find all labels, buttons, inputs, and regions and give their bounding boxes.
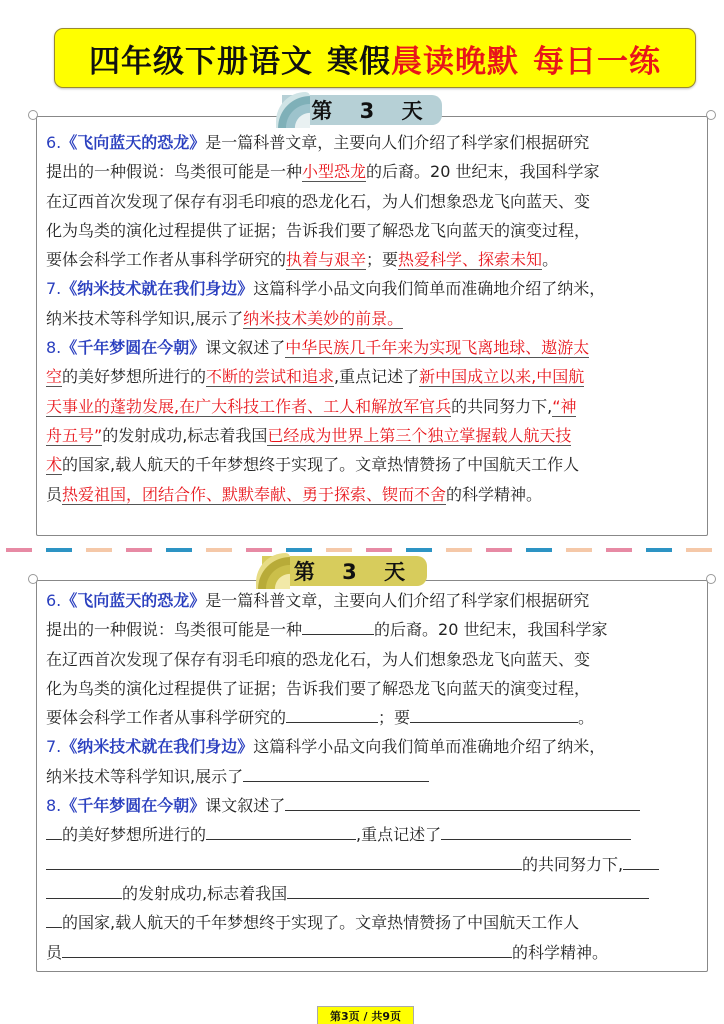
title-reading: 晨读晚默 xyxy=(391,36,519,81)
answer-blank[interactable] xyxy=(243,763,429,782)
q7-line-1: 7.《纳米技术就在我们身边》这篇科学小品文向我们简单而准确地介绍了纳米， xyxy=(46,732,686,761)
answer-blank[interactable] xyxy=(46,909,62,928)
text: 的发射成功,标志着我国 xyxy=(122,884,287,903)
answer-blank[interactable] xyxy=(285,792,640,811)
q6-line-3: 在辽西首次发现了保存有羽毛印痕的恐龙化石，为人们想象恐龙飞向蓝天、变 xyxy=(46,187,686,216)
q6-line-5: 要体会科学工作者从事科学研究的执着与艰辛；要热爱科学、探索未知。 xyxy=(46,245,686,274)
question-number: 6. xyxy=(46,133,61,152)
answer-blank[interactable] xyxy=(62,939,512,958)
book-title: 《纳米技术就在我们身边》 xyxy=(61,279,253,298)
text: 的科学精神。 xyxy=(512,943,608,962)
answer: 不断的尝试和追求 xyxy=(206,367,334,387)
q8-line-6: 员的科学精神。 xyxy=(46,938,686,967)
fan-decoration-icon xyxy=(256,553,290,589)
text: 的国家,载人航天的千年梦想终于实现了。文章热情赞扬了中国航天工作人 xyxy=(62,455,579,474)
answer: 已经成为世界上第三个独立掌握载人航天技 xyxy=(267,426,571,446)
text: 。 xyxy=(542,250,558,269)
text: 要体会科学工作者从事科学研究的 xyxy=(46,250,286,269)
title-grade: 四年级下册语文 xyxy=(89,36,313,81)
book-title: 《飞向蓝天的恐龙》 xyxy=(61,133,205,152)
day-tab-practice: 第 3 天 xyxy=(262,556,427,586)
text: 。 xyxy=(578,708,594,727)
text: 的科学精神。 xyxy=(446,485,542,504)
q6-line-1: 6.《飞向蓝天的恐龙》是一篇科普文章，主要向人们介绍了科学家们根据研究 xyxy=(46,586,686,615)
text: 的共同努力下, xyxy=(522,855,623,874)
q7-line-2: 纳米技术等科学知识,展示了 xyxy=(46,762,686,791)
text: 的国家,载人航天的千年梦想终于实现了。文章热情赞扬了中国航天工作人 xyxy=(62,913,579,932)
q8-line-4: 舟五号”的发射成功,标志着我国已经成为世界上第三个独立掌握载人航天技 xyxy=(46,421,686,450)
book-title: 《纳米技术就在我们身边》 xyxy=(61,737,253,756)
text: ；要 xyxy=(366,250,398,269)
q8-line-3: 天事业的蓬勃发展,在广大科技工作者、工人和解放军官兵的共同努力下,“神 xyxy=(46,392,686,421)
answer: 空 xyxy=(46,367,62,387)
day-label: 第 3 天 xyxy=(311,95,432,125)
answer-blank[interactable] xyxy=(623,851,659,870)
answer-blank[interactable] xyxy=(46,821,62,840)
q8-line-5: 的国家,载人航天的千年梦想终于实现了。文章热情赞扬了中国航天工作人 xyxy=(46,908,686,937)
q6-line-3: 在辽西首次发现了保存有羽毛印痕的恐龙化石，为人们想象恐龙飞向蓝天、变 xyxy=(46,645,686,674)
q8-line-2: 的美好梦想所进行的,重点记述了 xyxy=(46,820,686,849)
text: 是一篇科普文章，主要向人们介绍了科学家们根据研究 xyxy=(205,591,589,610)
answer-blank[interactable] xyxy=(46,851,522,870)
text: 的后裔。20 世纪末，我国科学家 xyxy=(366,162,599,181)
question-number: 7. xyxy=(46,279,61,298)
q7-line-2: 纳米技术等科学知识,展示了纳米技术美妙的前景。 xyxy=(46,304,686,333)
q6-line-2: 提出的一种假说：鸟类很可能是一种小型恐龙的后裔。20 世纪末，我国科学家 xyxy=(46,157,686,186)
answer: 新中国成立以来,中国航 xyxy=(419,367,584,387)
page-indicator: 第3页 / 共9页 xyxy=(317,1006,414,1024)
book-title: 《千年梦圆在今朝》 xyxy=(61,796,205,815)
text: ,重点记述了 xyxy=(334,367,419,386)
text: 这篇科学小品文向我们简单而准确地介绍了纳米， xyxy=(253,737,605,756)
text: 纳米技术等科学知识,展示了 xyxy=(46,767,243,786)
q8-line-4: 的发射成功,标志着我国 xyxy=(46,879,686,908)
book-title: 《飞向蓝天的恐龙》 xyxy=(61,591,205,610)
q6-line-5: 要体会科学工作者从事科学研究的；要。 xyxy=(46,703,686,732)
answer-text: 6.《飞向蓝天的恐龙》是一篇科普文章，主要向人们介绍了科学家们根据研究 提出的一… xyxy=(46,128,686,509)
q6-line-4: 化为鸟类的演化过程提供了证据；告诉我们要了解恐龙飞向蓝天的演变过程， xyxy=(46,674,686,703)
q8-line-1: 8.《千年梦圆在今朝》课文叙述了中华民族几千年来为实现飞离地球、遨游太 xyxy=(46,333,686,362)
text: 要体会科学工作者从事科学研究的 xyxy=(46,708,286,727)
q7-line-1: 7.《纳米技术就在我们身边》这篇科学小品文向我们简单而准确地介绍了纳米， xyxy=(46,274,686,303)
answer-blank[interactable] xyxy=(410,704,578,723)
title-holiday: 寒假 xyxy=(327,36,391,81)
q6-line-2: 提出的一种假说：鸟类很可能是一种的后裔。20 世纪末，我国科学家 xyxy=(46,615,686,644)
practice-text: 6.《飞向蓝天的恐龙》是一篇科普文章，主要向人们介绍了科学家们根据研究 提出的一… xyxy=(46,586,686,967)
answer: 天事业的蓬勃发展,在广大科技工作者、工人和解放军官兵 xyxy=(46,397,451,417)
answer: 舟五号” xyxy=(46,426,102,446)
page-title-banner: 四年级下册语文 寒假 晨读晚默 每日一练 xyxy=(54,28,696,88)
text: 是一篇科普文章，主要向人们介绍了科学家们根据研究 xyxy=(205,133,589,152)
text: 的后裔。20 世纪末，我国科学家 xyxy=(374,620,607,639)
answer: 热爱科学、探索未知 xyxy=(398,250,542,270)
text: 纳米技术等科学知识,展示了 xyxy=(46,309,243,328)
title-daily: 每日一练 xyxy=(533,36,661,81)
answer: 术 xyxy=(46,455,62,475)
text: 员 xyxy=(46,943,62,962)
question-number: 6. xyxy=(46,591,61,610)
day-tab-answers: 第 3 天 xyxy=(282,95,442,125)
q8-line-5: 术的国家,载人航天的千年梦想终于实现了。文章热情赞扬了中国航天工作人 xyxy=(46,450,686,479)
text: ；要 xyxy=(378,708,410,727)
q8-line-6: 员热爱祖国，团结合作、默默奉献、勇于探索、锲而不舍的科学精神。 xyxy=(46,480,686,509)
answer-blank[interactable] xyxy=(302,616,374,635)
text: 课文叙述了 xyxy=(205,338,285,357)
text: 课文叙述了 xyxy=(205,796,285,815)
answer: 小型恐龙 xyxy=(302,162,366,182)
question-number: 8. xyxy=(46,796,61,815)
text: 提出的一种假说：鸟类很可能是一种 xyxy=(46,620,302,639)
text: 的美好梦想所进行的 xyxy=(62,825,206,844)
q8-line-3: 的共同努力下, xyxy=(46,850,686,879)
answer-blank[interactable] xyxy=(206,821,356,840)
book-title: 《千年梦圆在今朝》 xyxy=(61,338,205,357)
text: 的美好梦想所进行的 xyxy=(62,367,206,386)
text: 的共同努力下, xyxy=(451,397,552,416)
q6-line-4: 化为鸟类的演化过程提供了证据；告诉我们要了解恐龙飞向蓝天的演变过程， xyxy=(46,216,686,245)
answer: 热爱祖国，团结合作、默默奉献、勇于探索、锲而不舍 xyxy=(62,485,446,505)
question-number: 8. xyxy=(46,338,61,357)
answer-blank[interactable] xyxy=(46,880,122,899)
q6-line-1: 6.《飞向蓝天的恐龙》是一篇科普文章，主要向人们介绍了科学家们根据研究 xyxy=(46,128,686,157)
text: 这篇科学小品文向我们简单而准确地介绍了纳米， xyxy=(253,279,605,298)
dashed-divider xyxy=(6,548,718,552)
text: ,重点记述了 xyxy=(356,825,441,844)
q8-line-1: 8.《千年梦圆在今朝》课文叙述了 xyxy=(46,791,686,820)
answer: 中华民族几千年来为实现飞离地球、遨游太 xyxy=(285,338,589,358)
answer: “神 xyxy=(552,397,576,417)
answer: 执着与艰辛 xyxy=(286,250,366,270)
q8-line-2: 空的美好梦想所进行的不断的尝试和追求,重点记述了新中国成立以来,中国航 xyxy=(46,362,686,391)
day-label: 第 3 天 xyxy=(294,556,415,586)
text: 员 xyxy=(46,485,62,504)
text: 的发射成功,标志着我国 xyxy=(102,426,267,445)
answer-blank[interactable] xyxy=(286,704,378,723)
text: 提出的一种假说：鸟类很可能是一种 xyxy=(46,162,302,181)
answer-blank[interactable] xyxy=(441,821,631,840)
answer-blank[interactable] xyxy=(287,880,649,899)
fan-decoration-icon xyxy=(276,92,310,128)
question-number: 7. xyxy=(46,737,61,756)
answer: 纳米技术美妙的前景。 xyxy=(243,309,403,329)
